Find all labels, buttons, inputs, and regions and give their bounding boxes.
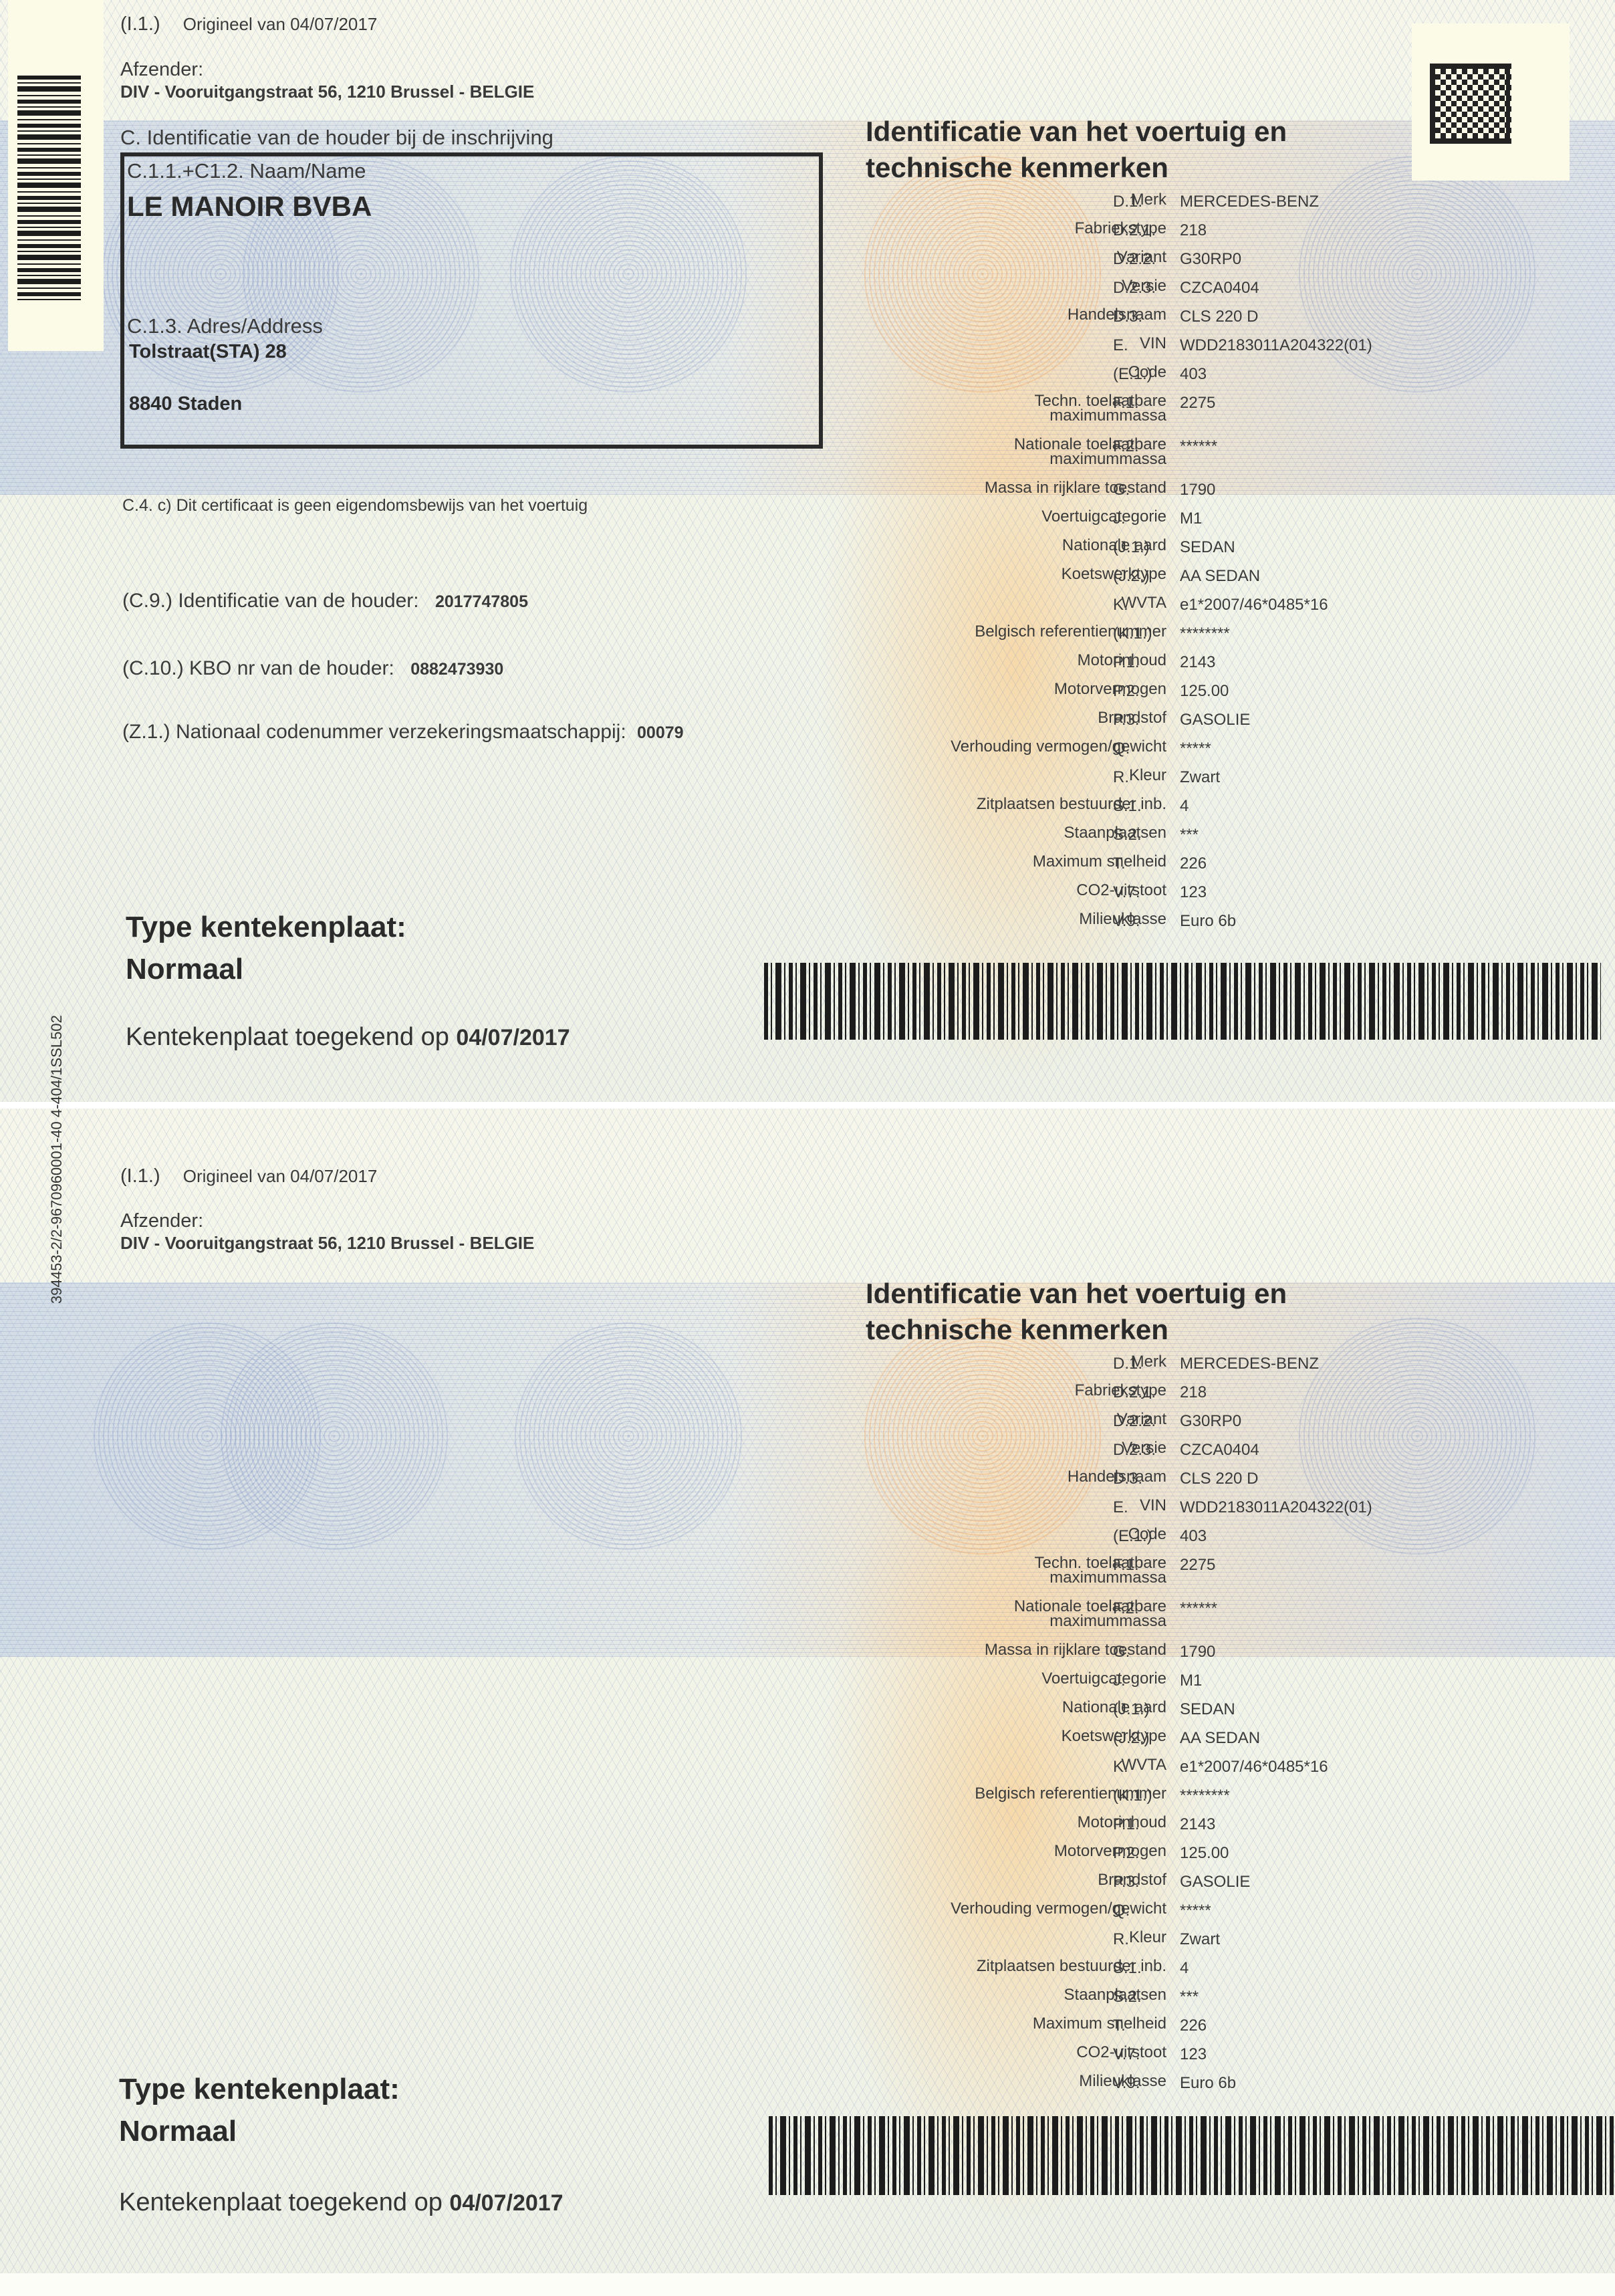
vehicle-row-value: 125.00: [1180, 1844, 1229, 1863]
vehicle-row-value: GASOLIE: [1180, 711, 1250, 729]
vehicle-row-value: CZCA0404: [1180, 279, 1259, 298]
vehicle-row-value: 123: [1180, 2045, 1207, 2064]
vehicle-row-code: G.: [1113, 481, 1130, 499]
vehicle-row-value: 4: [1180, 1959, 1189, 1978]
vehicle-row: Belgisch referentienummer(K.1.)********: [735, 624, 1537, 651]
kbo-number: (C.10.) KBO nr van de houder: 0882473930: [122, 657, 503, 680]
vehicle-row-label: Maximum snelheid: [1033, 854, 1166, 869]
vehicle-row-label: Nationale toelaatbare maximummassa: [1006, 437, 1166, 467]
vehicle-row-code: V.9.: [1113, 912, 1140, 931]
vehicle-row-code: V.7.: [1113, 2045, 1140, 2064]
sender-label: Afzender:: [120, 59, 203, 81]
vehicle-row: VoertuigcategorieJ.M1: [735, 509, 1537, 536]
vehicle-row-label: Massa in rijklare toestand: [985, 481, 1166, 495]
vehicle-row-label: Verhouding vermogen/gewicht: [951, 739, 1166, 754]
vehicle-row-code: K.: [1113, 596, 1128, 614]
vehicle-row: Nationale toelaatbare maximummassaF.2.**…: [735, 437, 1537, 464]
vehicle-row-value: 2275: [1180, 394, 1215, 413]
vehicle-row-value: ******: [1180, 437, 1217, 456]
vehicle-row-value: 226: [1180, 2017, 1207, 2035]
barcode-icon: [17, 76, 81, 301]
vehicle-row-code: P.3.: [1113, 711, 1140, 729]
origin-line: (I.1.) Origineel van 04/07/2017: [120, 13, 377, 35]
vehicle-row-value: 218: [1180, 221, 1207, 240]
vehicle-row: Nationale aard(J.1.)SEDAN: [735, 1700, 1537, 1727]
plate-assigned: Kentekenplaat toegekend op 04/07/2017: [126, 1023, 570, 1052]
vehicle-row-value: 1790: [1180, 481, 1215, 499]
vehicle-row-value: AA SEDAN: [1180, 567, 1260, 586]
vehicle-row-code: (J.1.): [1113, 1700, 1150, 1719]
vehicle-row: VersieD.2.3.CZCA0404: [735, 279, 1537, 306]
vehicle-row-code: T.: [1113, 2017, 1126, 2035]
barcode-icon: [769, 2116, 1615, 2195]
kbo-value: 0882473930: [410, 660, 503, 679]
vehicle-row-value: MERCEDES-BENZ: [1180, 1355, 1319, 1373]
vehicle-row-value: 2275: [1180, 1556, 1215, 1575]
plate-assigned-label: Kentekenplaat toegekend op: [119, 2188, 443, 2216]
vehicle-row-value: 1790: [1180, 1643, 1215, 1661]
vehicle-row-code: E.: [1113, 336, 1128, 355]
holder-address-city: 8840 Staden: [129, 393, 242, 415]
vehicle-row-code: D.1.: [1113, 1355, 1142, 1373]
vehicle-row: MotorinhoudP.1.2143: [735, 653, 1537, 680]
vehicle-title-line2: technische kenmerken: [866, 1312, 1287, 1348]
vehicle-row-code: (J.2.): [1113, 1729, 1150, 1748]
vehicle-row-label: Massa in rijklare toestand: [985, 1643, 1166, 1657]
vehicle-row: FabriekstypeD.2.1.218: [735, 221, 1537, 248]
vehicle-row: StaanplaatsenS.2.***: [735, 826, 1537, 852]
vehicle-row-code: D.2.2.: [1113, 250, 1156, 269]
vehicle-row: HandelsnaamD.3.CLS 220 D: [735, 1470, 1537, 1496]
vehicle-row-code: R.: [1113, 1930, 1129, 1949]
holder-id: (C.9.) Identificatie van de houder: 2017…: [122, 590, 528, 612]
vehicle-row-code: (J.2.): [1113, 567, 1150, 586]
vehicle-row-value: e1*2007/46*0485*16: [1180, 596, 1328, 614]
vehicle-row: MotorvermogenP.2.125.00: [735, 1844, 1537, 1871]
vehicle-row: Koetswerktype(J.2.)AA SEDAN: [735, 1729, 1537, 1756]
vehicle-row-value: ***: [1180, 1988, 1199, 2006]
vehicle-row-code: E.: [1113, 1498, 1128, 1517]
vehicle-row-code: D.1.: [1113, 193, 1142, 211]
vehicle-row: MotorinhoudP.1.2143: [735, 1815, 1537, 1842]
vehicle-row-code: (J.1.): [1113, 538, 1150, 557]
vehicle-row: WVTAK.e1*2007/46*0485*16: [735, 1758, 1537, 1785]
side-code: 394453-2/2-9670960001-40 4-404/1SSL502: [48, 1015, 66, 1304]
vehicle-row-code: P.1.: [1113, 1815, 1140, 1834]
vehicle-row-value: 2143: [1180, 653, 1215, 672]
vehicle-row-code: (E.1.): [1113, 1527, 1152, 1546]
vehicle-row-code: S.2.: [1113, 826, 1142, 844]
vehicle-row: Code(E.1.)403: [735, 365, 1537, 392]
vehicle-row-label: Kleur: [1129, 768, 1166, 783]
vehicle-row-code: (K.1.): [1113, 624, 1152, 643]
vehicle-row: MerkD.1.MERCEDES-BENZ: [735, 193, 1537, 219]
vehicle-row-code: G.: [1113, 1643, 1130, 1661]
vehicle-row-value: Zwart: [1180, 1930, 1220, 1949]
vehicle-row-value: 2143: [1180, 1815, 1215, 1834]
vehicle-row-value: 403: [1180, 1527, 1207, 1546]
vehicle-row-value: M1: [1180, 1672, 1202, 1690]
origin-label: Origineel van 04/07/2017: [183, 1166, 378, 1186]
insurer-value: 00079: [637, 723, 684, 742]
vehicle-row-value: 226: [1180, 854, 1207, 873]
vehicle-row: Zitplaatsen bestuurder inb.S.1.4: [735, 1959, 1537, 1986]
vehicle-row: Techn. toelaatbare maximummassaF.1.2275: [735, 394, 1537, 421]
vehicle-row-code: D.3.: [1113, 308, 1142, 326]
vehicle-row-code: S.1.: [1113, 797, 1142, 816]
vehicle-row: Nationale toelaatbare maximummassaF.2.**…: [735, 1599, 1537, 1626]
vehicle-row-value: SEDAN: [1180, 1700, 1235, 1719]
vehicle-row-value: M1: [1180, 509, 1202, 528]
vehicle-title-line1: Identificatie van het voertuig en: [866, 114, 1287, 150]
vehicle-row-value: G30RP0: [1180, 250, 1241, 269]
vehicle-section-title: Identificatie van het voertuig en techni…: [866, 114, 1287, 186]
plate-type-label: Type kentekenplaat:: [126, 911, 406, 944]
vehicle-row: BrandstofP.3.GASOLIE: [735, 711, 1537, 737]
sender-value: DIV - Vooruitgangstraat 56, 1210 Brussel…: [120, 82, 534, 102]
vehicle-row-value: Euro 6b: [1180, 2074, 1236, 2093]
vehicle-row-label: Techn. toelaatbare maximummassa: [1006, 394, 1166, 423]
vehicle-row: MotorvermogenP.2.125.00: [735, 682, 1537, 709]
vehicle-row-code: D.2.2.: [1113, 1412, 1156, 1431]
vehicle-row-code: D.2.1.: [1113, 221, 1156, 240]
insurer-code: (Z.1.) Nationaal codenummer verzekerings…: [122, 721, 684, 743]
vehicle-row: CO2-uitstootV.7.123: [735, 883, 1537, 910]
vehicle-row-code: R.: [1113, 768, 1129, 787]
vehicle-row-code: D.3.: [1113, 1470, 1142, 1488]
vehicle-row-code: D.2.3.: [1113, 279, 1156, 298]
vehicle-row: CO2-uitstootV.7.123: [735, 2045, 1537, 2072]
plate-type-value: Normaal: [126, 953, 243, 986]
vehicle-row-code: S.2.: [1113, 1988, 1142, 2006]
plate-type-label: Type kentekenplaat:: [119, 2073, 400, 2106]
origin-code: (I.1.): [120, 1165, 160, 1187]
plate-assigned: Kentekenplaat toegekend op 04/07/2017: [119, 2188, 564, 2217]
vehicle-row: Maximum snelheidT.226: [735, 854, 1537, 881]
vehicle-row-value: 123: [1180, 883, 1207, 902]
vehicle-row-value: 4: [1180, 797, 1189, 816]
vehicle-row: Verhouding vermogen/gewichtQ.*****: [735, 1902, 1537, 1928]
barcode-icon: [764, 963, 1601, 1040]
vehicle-row-label: Motorvermogen: [1054, 1844, 1166, 1859]
vehicle-row: VoertuigcategorieJ.M1: [735, 1672, 1537, 1698]
vehicle-row-code: F.1.: [1113, 394, 1139, 413]
vehicle-row-value: WDD2183011A204322(01): [1180, 336, 1372, 355]
plate-assigned-date: 04/07/2017: [449, 2190, 563, 2216]
vehicle-row: KleurR.Zwart: [735, 768, 1537, 795]
vehicle-row-value: ******: [1180, 1599, 1217, 1618]
vehicle-row-code: F.2.: [1113, 437, 1139, 456]
origin-code: (I.1.): [120, 13, 160, 35]
vehicle-row: MilieuklasseV.9.Euro 6b: [735, 912, 1537, 939]
vehicle-row-value: GASOLIE: [1180, 1873, 1250, 1891]
vehicle-row-code: J.: [1113, 1672, 1126, 1690]
vehicle-row: Techn. toelaatbare maximummassaF.1.2275: [735, 1556, 1537, 1583]
vehicle-row: VINE.WDD2183011A204322(01): [735, 1498, 1537, 1525]
sender-label: Afzender:: [120, 1210, 203, 1232]
vehicle-row: MilieuklasseV.9.Euro 6b: [735, 2074, 1537, 2101]
vehicle-row-value: ********: [1180, 624, 1230, 643]
vehicle-row-value: CLS 220 D: [1180, 308, 1258, 326]
vehicle-row-code: (E.1.): [1113, 365, 1152, 384]
vehicle-row-label: Techn. toelaatbare maximummassa: [1006, 1556, 1166, 1585]
vehicle-row-code: V.9.: [1113, 2074, 1140, 2093]
vehicle-row: HandelsnaamD.3.CLS 220 D: [735, 308, 1537, 334]
vehicle-row: MerkD.1.MERCEDES-BENZ: [735, 1355, 1537, 1381]
vehicle-title-line1: Identificatie van het voertuig en: [866, 1276, 1287, 1312]
vehicle-row-code: Q.: [1113, 739, 1130, 758]
vehicle-row: Koetswerktype(J.2.)AA SEDAN: [735, 567, 1537, 594]
vehicle-row-value: *****: [1180, 1902, 1211, 1920]
vehicle-row-value: *****: [1180, 739, 1211, 758]
vehicle-row: Code(E.1.)403: [735, 1527, 1537, 1554]
vehicle-row-label: Nationale toelaatbare maximummassa: [1006, 1599, 1166, 1629]
vehicle-row-value: e1*2007/46*0485*16: [1180, 1758, 1328, 1776]
wheel-watermark: [515, 1323, 742, 1550]
vehicle-row-value: CZCA0404: [1180, 1441, 1259, 1460]
vehicle-row: StaanplaatsenS.2.***: [735, 1988, 1537, 2015]
vehicle-row-value: CLS 220 D: [1180, 1470, 1258, 1488]
vehicle-row-label: Voertuigcategorie: [1041, 1672, 1166, 1686]
vehicle-row-value: G30RP0: [1180, 1412, 1241, 1431]
vehicle-row-code: (K.1.): [1113, 1787, 1152, 1805]
vehicle-row-value: ***: [1180, 826, 1199, 844]
vehicle-row: BrandstofP.3.GASOLIE: [735, 1873, 1537, 1900]
datamatrix-icon: [1430, 64, 1511, 144]
vehicle-row-value: Zwart: [1180, 768, 1220, 787]
holder-address-street: Tolstraat(STA) 28: [129, 341, 287, 363]
vehicle-row-code: P.2.: [1113, 1844, 1140, 1863]
vehicle-row-value: 403: [1180, 365, 1207, 384]
vehicle-section-title: Identificatie van het voertuig en techni…: [866, 1276, 1287, 1348]
vehicle-row-code: J.: [1113, 509, 1126, 528]
vehicle-row-code: V.7.: [1113, 883, 1140, 902]
vehicle-row-code: P.2.: [1113, 682, 1140, 701]
vehicle-row-label: Voertuigcategorie: [1041, 509, 1166, 524]
holder-name: LE MANOIR BVBA: [127, 191, 372, 223]
vehicle-row-label: Motorvermogen: [1054, 682, 1166, 697]
plate-assigned-label: Kentekenplaat toegekend op: [126, 1023, 449, 1051]
vehicle-row-label: Maximum snelheid: [1033, 2017, 1166, 2031]
vehicle-row-value: Euro 6b: [1180, 912, 1236, 931]
sender-value: DIV - Vooruitgangstraat 56, 1210 Brussel…: [120, 1233, 534, 1254]
ownership-notice: C.4. c) Dit certificaat is geen eigendom…: [122, 496, 588, 515]
vehicle-row: VINE.WDD2183011A204322(01): [735, 336, 1537, 363]
vehicle-row: VersieD.2.3.CZCA0404: [735, 1441, 1537, 1468]
vehicle-row: Massa in rijklare toestandG.1790: [735, 1643, 1537, 1670]
vehicle-row: WVTAK.e1*2007/46*0485*16: [735, 596, 1537, 622]
vehicle-row-code: T.: [1113, 854, 1126, 873]
vehicle-row-value: AA SEDAN: [1180, 1729, 1260, 1748]
vehicle-row: VariantD.2.2.G30RP0: [735, 1412, 1537, 1439]
vehicle-title-line2: technische kenmerken: [866, 150, 1287, 186]
origin-line: (I.1.) Origineel van 04/07/2017: [120, 1165, 377, 1187]
vehicle-row-label: Verhouding vermogen/gewicht: [951, 1902, 1166, 1916]
origin-label: Origineel van 04/07/2017: [183, 14, 378, 34]
certificate-copy-bottom: (I.1.) Origineel van 04/07/2017 Afzender…: [0, 1109, 1615, 2273]
vehicle-row-label: VIN: [1140, 336, 1166, 351]
insurer-label: (Z.1.) Nationaal codenummer verzekerings…: [122, 721, 626, 743]
vehicle-row-value: SEDAN: [1180, 538, 1235, 557]
vehicle-row: FabriekstypeD.2.1.218: [735, 1383, 1537, 1410]
vehicle-row-value: 218: [1180, 1383, 1207, 1402]
vehicle-row-value: 125.00: [1180, 682, 1229, 701]
wheel-watermark: [221, 1323, 448, 1550]
vehicle-row-label: Kleur: [1129, 1930, 1166, 1945]
vehicle-row-value: ********: [1180, 1787, 1230, 1805]
certificate-copy-top: (I.1.) Origineel van 04/07/2017 Afzender…: [0, 0, 1615, 1103]
holder-name-label: C.1.1.+C1.2. Naam/Name: [127, 159, 366, 183]
holder-section-title: C. Identificatie van de houder bij de in…: [120, 126, 553, 150]
vehicle-row: Nationale aard(J.1.)SEDAN: [735, 538, 1537, 565]
vehicle-row-code: F.1.: [1113, 1556, 1139, 1575]
kbo-label: (C.10.) KBO nr van de houder:: [122, 657, 394, 679]
vehicle-row: Belgisch referentienummer(K.1.)********: [735, 1787, 1537, 1813]
vehicle-row: Maximum snelheidT.226: [735, 2017, 1537, 2043]
vehicle-row-value: WDD2183011A204322(01): [1180, 1498, 1372, 1517]
vehicle-row-code: S.1.: [1113, 1959, 1142, 1978]
vehicle-row-code: D.2.1.: [1113, 1383, 1156, 1402]
vehicle-row-code: F.2.: [1113, 1599, 1139, 1618]
vehicle-row-value: MERCEDES-BENZ: [1180, 193, 1319, 211]
vehicle-row-code: K.: [1113, 1758, 1128, 1776]
vehicle-row: Massa in rijklare toestandG.1790: [735, 481, 1537, 507]
vehicle-row: Verhouding vermogen/gewichtQ.*****: [735, 739, 1537, 766]
vehicle-row: VariantD.2.2.G30RP0: [735, 250, 1537, 277]
holder-id-value: 2017747805: [435, 592, 528, 611]
vehicle-row-code: Q.: [1113, 1902, 1130, 1920]
vehicle-row-code: P.3.: [1113, 1873, 1140, 1891]
perforation-tear: [0, 1102, 1615, 1109]
vehicle-row: Zitplaatsen bestuurder inb.S.1.4: [735, 797, 1537, 824]
holder-id-label: (C.9.) Identificatie van de houder:: [122, 590, 419, 612]
vehicle-row-code: P.1.: [1113, 653, 1140, 672]
vehicle-row-code: D.2.3.: [1113, 1441, 1156, 1460]
vehicle-row-label: VIN: [1140, 1498, 1166, 1513]
vehicle-row: KleurR.Zwart: [735, 1930, 1537, 1957]
plate-type-value: Normaal: [119, 2115, 237, 2148]
holder-address-label: C.1.3. Adres/Address: [127, 314, 323, 338]
plate-assigned-date: 04/07/2017: [456, 1025, 570, 1050]
